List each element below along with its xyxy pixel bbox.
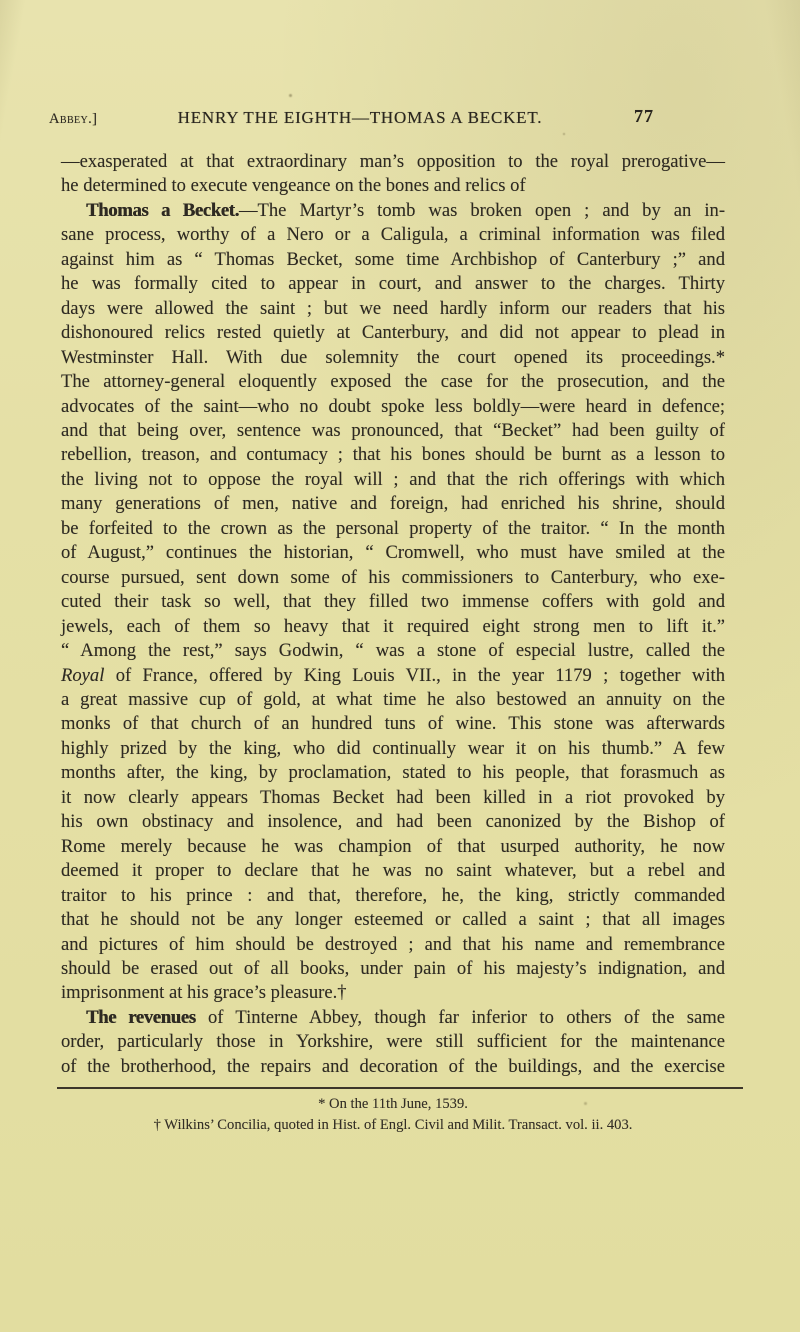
- text-line: many generations of men, native and fore…: [61, 492, 725, 516]
- body-text-segment: a great massive cup of gold, at what tim…: [61, 689, 725, 710]
- text-line: deemed it proper to declare that he was …: [61, 859, 725, 883]
- running-header-title: HENRY THE EIGHTH—THOMAS A BECKET.: [60, 108, 660, 128]
- body-text-segment: many generations of men, native and fore…: [61, 493, 725, 514]
- blackletter-text: The revenues: [86, 1007, 196, 1028]
- body-text-segment: months after, the king, by proclamation,…: [61, 762, 725, 783]
- footnote-rule: [57, 1087, 743, 1089]
- body-text-segment: of France, offered by King Louis VII., i…: [104, 665, 725, 686]
- body-text-segment: should be erased out of all books, under…: [61, 958, 725, 979]
- text-line: “ Among the rest,” says Godwin, “ was a …: [61, 639, 725, 663]
- page-number: 77: [634, 106, 654, 127]
- body-text-segment: imprisonment at his grace’s pleasure.†: [61, 982, 347, 1003]
- text-line: order, particularly those in Yorkshire, …: [61, 1030, 725, 1054]
- text-line: should be erased out of all books, under…: [61, 957, 725, 981]
- body-text-segment: be forfeited to the crown as the persona…: [61, 518, 725, 539]
- text-line: The revenues of Tinterne Abbey, though f…: [61, 1006, 725, 1030]
- text-line: cuted their task so well, that they fill…: [61, 590, 725, 614]
- italic-text: Royal: [61, 665, 104, 686]
- body-text-segment: traitor to his prince : and that, theref…: [61, 885, 725, 906]
- body-text-segment: advocates of the saint—who no doubt spok…: [61, 396, 725, 417]
- body-text-segment: —The Martyr’s tomb was broken open ; and…: [239, 200, 725, 221]
- body-text: —exasperated at that extraordinary man’s…: [61, 150, 725, 1079]
- paper-speck: [289, 94, 292, 97]
- body-text-segment: the living not to oppose the royal will …: [61, 469, 725, 490]
- text-line: dishonoured relics rested quietly at Can…: [61, 321, 725, 345]
- body-text-segment: Westminster Hall. With due solemnity the…: [61, 347, 725, 368]
- body-text-segment: dishonoured relics rested quietly at Can…: [61, 322, 725, 343]
- body-text-segment: and pictures of him should be destroyed …: [61, 934, 725, 955]
- text-line: The attorney-general eloquently exposed …: [61, 370, 725, 394]
- text-line: he was formally cited to appear in court…: [61, 272, 725, 296]
- body-text-segment: that he should not be any longer esteeme…: [61, 909, 725, 930]
- footnote-line: * On the 11th June, 1539.: [61, 1094, 725, 1115]
- footnote-line: † Wilkins’ Concilia, quoted in Hist. of …: [61, 1115, 725, 1136]
- text-line: and pictures of him should be destroyed …: [61, 933, 725, 957]
- body-text-segment: of Tinterne Abbey, though far inferior t…: [196, 1007, 725, 1028]
- body-text-segment: jewels, each of them so heavy that it re…: [61, 616, 725, 637]
- text-line: months after, the king, by proclamation,…: [61, 761, 725, 785]
- body-text-segment: sane process, worthy of a Nero or a Cali…: [61, 224, 725, 245]
- text-line: he determined to execute vengeance on th…: [61, 174, 725, 198]
- body-text-segment: rebellion, treason, and contumacy ; that…: [61, 444, 725, 465]
- text-line: Royal of France, offered by King Louis V…: [61, 664, 725, 688]
- body-text-segment: of August,” continues the historian, “ C…: [61, 542, 725, 563]
- text-line: monks of that church of an hundred tuns …: [61, 712, 725, 736]
- body-text-segment: course pursued, sent down some of his co…: [61, 567, 725, 588]
- body-text-segment: monks of that church of an hundred tuns …: [61, 713, 725, 734]
- text-line: imprisonment at his grace’s pleasure.†: [61, 981, 725, 1005]
- paper-speck: [563, 133, 565, 135]
- footnotes: * On the 11th June, 1539. † Wilkins’ Con…: [61, 1094, 725, 1135]
- text-line: the living not to oppose the royal will …: [61, 468, 725, 492]
- body-text-segment: order, particularly those in Yorkshire, …: [61, 1031, 725, 1052]
- text-line: rebellion, treason, and contumacy ; that…: [61, 443, 725, 467]
- blackletter-text: Thomas a Becket.: [86, 200, 239, 221]
- body-text-segment: days were allowed the saint ; but we nee…: [61, 298, 725, 319]
- body-text-segment: his own obstinacy and insolence, and had…: [61, 811, 725, 832]
- text-line: his own obstinacy and insolence, and had…: [61, 810, 725, 834]
- text-line: of the brotherhood, the repairs and deco…: [61, 1055, 725, 1079]
- body-text-segment: “ Among the rest,” says Godwin, “ was a …: [61, 640, 725, 661]
- body-text-segment: and that being over, sentence was pronou…: [61, 420, 725, 441]
- text-line: it now clearly appears Thomas Becket had…: [61, 786, 725, 810]
- text-line: —exasperated at that extraordinary man’s…: [61, 150, 725, 174]
- text-line: Thomas a Becket.—The Martyr’s tomb was b…: [61, 199, 725, 223]
- body-text-segment: highly prized by the king, who did conti…: [61, 738, 725, 759]
- text-line: Westminster Hall. With due solemnity the…: [61, 346, 725, 370]
- text-line: course pursued, sent down some of his co…: [61, 566, 725, 590]
- body-text-segment: cuted their task so well, that they fill…: [61, 591, 725, 612]
- body-text-segment: Rome merely because he was champion of t…: [61, 836, 725, 857]
- text-line: sane process, worthy of a Nero or a Cali…: [61, 223, 725, 247]
- text-line: jewels, each of them so heavy that it re…: [61, 615, 725, 639]
- body-text-segment: —exasperated at that extraordinary man’s…: [61, 151, 725, 172]
- text-line: Rome merely because he was champion of t…: [61, 835, 725, 859]
- body-text-segment: he determined to execute vengeance on th…: [61, 175, 526, 196]
- text-line: and that being over, sentence was pronou…: [61, 419, 725, 443]
- text-line: traitor to his prince : and that, theref…: [61, 884, 725, 908]
- body-text-segment: he was formally cited to appear in court…: [61, 273, 725, 294]
- body-text-segment: of the brotherhood, the repairs and deco…: [61, 1056, 725, 1077]
- body-text-segment: deemed it proper to declare that he was …: [61, 860, 725, 881]
- text-line: a great massive cup of gold, at what tim…: [61, 688, 725, 712]
- text-line: be forfeited to the crown as the persona…: [61, 517, 725, 541]
- text-line: of August,” continues the historian, “ C…: [61, 541, 725, 565]
- body-text-segment: against him as “ Thomas Becket, some tim…: [61, 249, 725, 270]
- body-text-segment: it now clearly appears Thomas Becket had…: [61, 787, 725, 808]
- text-line: highly prized by the king, who did conti…: [61, 737, 725, 761]
- text-line: against him as “ Thomas Becket, some tim…: [61, 248, 725, 272]
- text-line: that he should not be any longer esteeme…: [61, 908, 725, 932]
- text-line: advocates of the saint—who no doubt spok…: [61, 395, 725, 419]
- text-line: days were allowed the saint ; but we nee…: [61, 297, 725, 321]
- body-text-segment: The attorney-general eloquently exposed …: [61, 371, 725, 392]
